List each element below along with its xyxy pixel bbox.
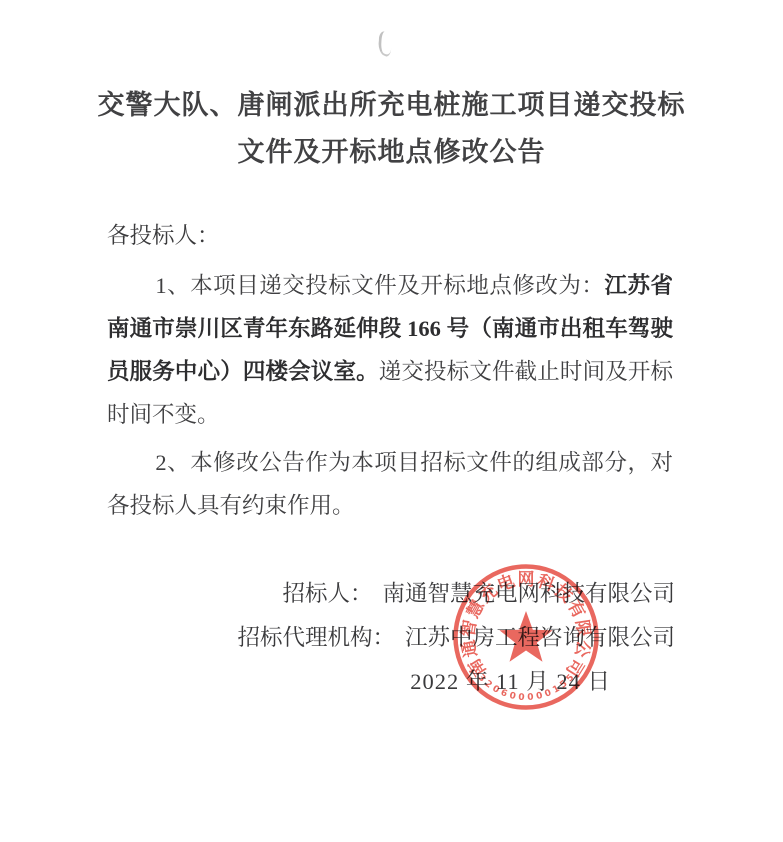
seal-ring-char: 网 (518, 570, 535, 590)
seal-code-char: 6 (499, 688, 508, 700)
seal-code-char: 0 (543, 688, 552, 700)
seal-star-icon (499, 611, 552, 662)
seal-ring-char: 智 (457, 618, 480, 638)
seal-ring-char: 限 (571, 619, 593, 639)
scan-smudge-artifact (378, 29, 392, 59)
paragraph-2: 2、本修改公告作为本项目招标文件的组成部分，对各投标人具有约束作用。 (107, 441, 673, 527)
seal-code-char: 0 (490, 684, 500, 696)
document-title: 交警大队、唐闸派出所充电桩施工项目递交投标 文件及开标地点修改公告 (0, 82, 783, 176)
document-page: 交警大队、唐闸派出所充电桩施工项目递交投标 文件及开标地点修改公告 各投标人： … (0, 0, 783, 842)
para1-prefix: 1、本项目递交投标文件及开标地点修改为： (155, 273, 604, 298)
seal-ring-char: 通 (458, 638, 482, 659)
agency-label: 招标代理机构： (237, 625, 395, 650)
seal-code-char: 0 (535, 691, 543, 702)
salutation: 各投标人： (107, 214, 220, 257)
seal-code-char: 0 (527, 693, 534, 703)
company-seal: 南通智慧充电网科技有限公司 320600000155 (450, 561, 602, 713)
tenderer-label: 招标人： (282, 581, 372, 606)
title-line-2: 文件及开标地点修改公告 (0, 129, 783, 176)
paragraph-1: 1、本项目递交投标文件及开标地点修改为：江苏省南通市崇川区青年东路延伸段 166… (107, 264, 673, 436)
seal-code-char: 0 (508, 691, 516, 702)
seal-code-char: 0 (518, 693, 525, 703)
title-line-1: 交警大队、唐闸派出所充电桩施工项目递交投标 (0, 82, 783, 129)
